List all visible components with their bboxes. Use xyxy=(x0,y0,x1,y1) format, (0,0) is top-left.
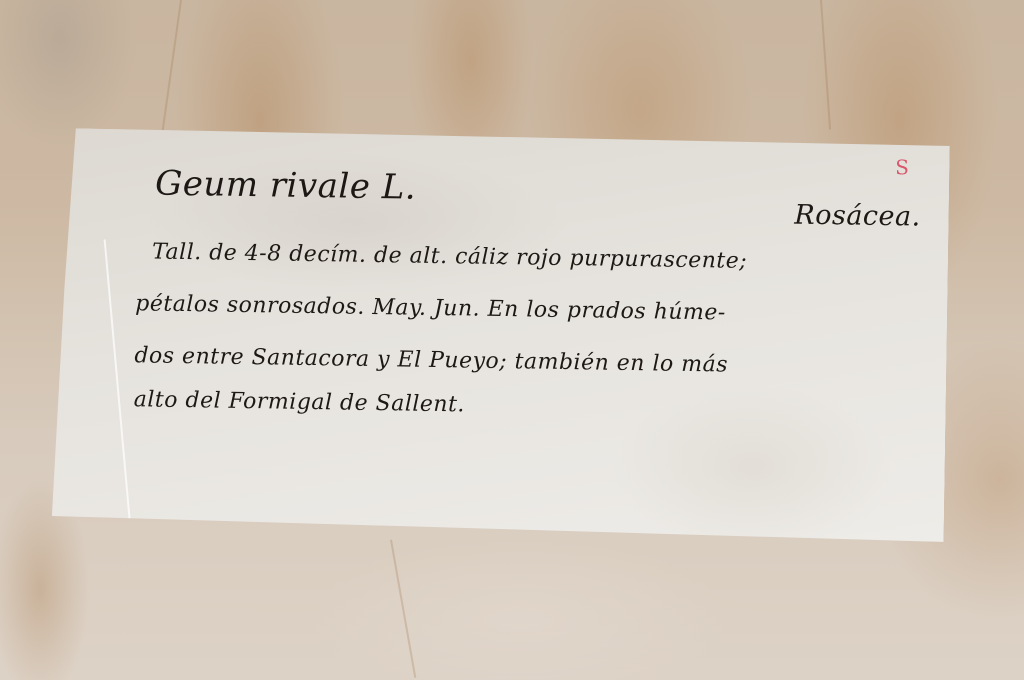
specimen-label: S Geum rivale L. Rosácea. Tall. de 4-8 d… xyxy=(52,128,950,542)
description-line: alto del Formigal de Sallent. xyxy=(134,387,466,417)
description-line: pétalos sonrosados. May. Jun. En los pra… xyxy=(135,291,726,325)
plant-family: Rosácea. xyxy=(794,200,921,233)
description-line: dos entre Santacora y El Pueyo; también … xyxy=(134,343,728,377)
sheet-crease xyxy=(820,0,831,130)
sheet-crease xyxy=(161,0,182,139)
scientific-name: Geum rivale L. xyxy=(155,164,417,208)
sheet-crease xyxy=(390,540,416,678)
margin-mark: S xyxy=(895,155,910,179)
description-line: Tall. de 4-8 decím. de alt. cáliz rojo p… xyxy=(152,239,748,273)
